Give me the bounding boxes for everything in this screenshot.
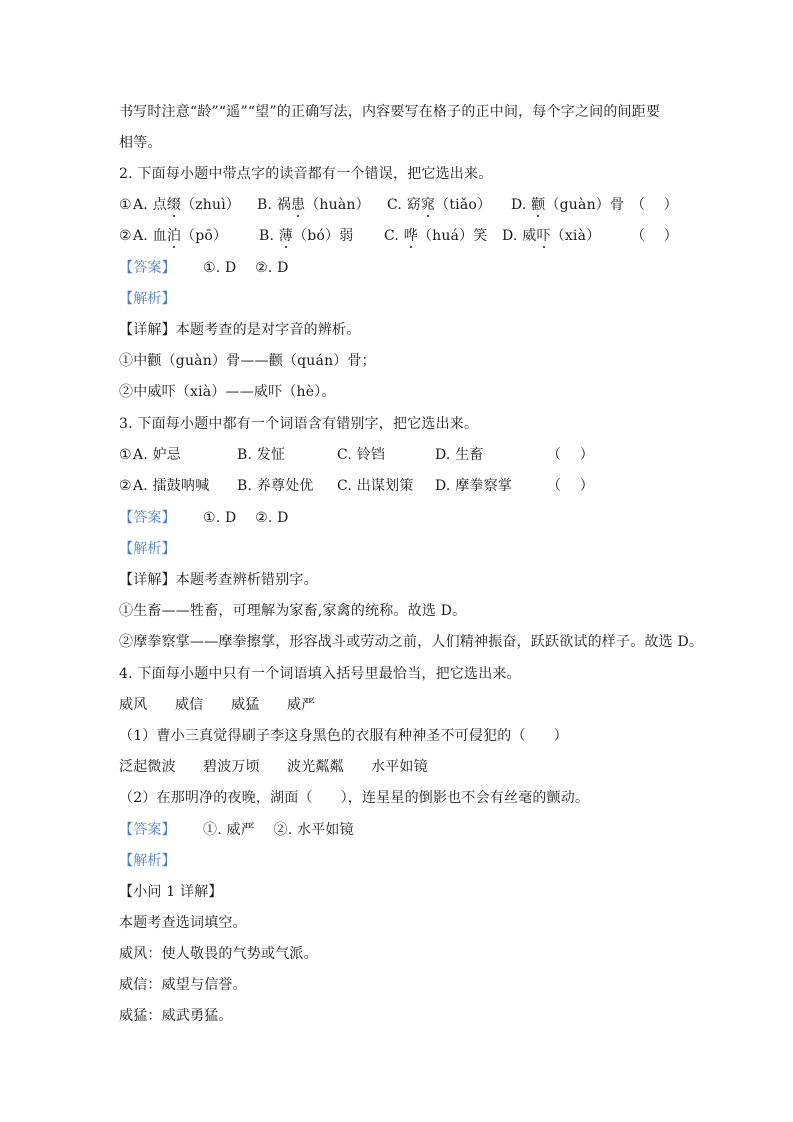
word-choice: 威信 [175,697,203,713]
document-page: 书写时注意“龄”“遥”“望”的正确写法，内容要写在格子的正中间，每个字之间的间距… [0,0,793,1122]
word-choice: 波光粼粼 [287,759,344,775]
dot-marked-char: 哗 [404,228,418,244]
q2-title: 2. 下面每小题中带点字的读音都有一个错误，把它选出来。 [119,166,492,182]
q4-sentence-2: （2）在那明净的夜晚，湖面（ ），连星星的倒影也不会有丝毫的颤动。 [119,790,589,806]
q4-word-choices-2: 泛起微波 碧波万顷 波光粼粼 水平如镜 [119,759,519,777]
q3-title: 3. 下面每小题中都有一个词语含有错别字，把它选出来。 [119,416,478,432]
q3-answer: 【答案】 ①. D ②. D [119,510,419,528]
analysis-label: 【解析】 [119,541,176,557]
dot-marked-char: 泊 [167,228,181,244]
q2-row2-num: ② [119,228,132,244]
answer-value: ①. D ②. D [203,510,289,526]
q3-row2-answer-blank: （ ） [547,478,594,494]
q3-row2-num: ② [119,478,132,494]
word-choice: 威风 [119,697,147,713]
q2-row1-num: ① [119,197,132,213]
word-choice: 泛起微波 [119,759,176,775]
q2-row1-option-d: D. 颧（guàn）骨 [511,197,624,213]
intro-line-2: 相等。 [119,135,162,151]
q3-row1-answer-blank: （ ） [547,447,594,463]
dot-marked-char: 薄 [279,228,293,244]
q2-row-1: ① A. 点缀（zhuì） B. 祸患（huàn） C. 窈窕（tiǎo） D.… [119,197,699,215]
q2-row2-option-c: C. 哗（huá）笑 [384,228,488,244]
q2-row1-option-a: A. 点缀（zhuì） [133,197,240,213]
q4-sub-intro: 本题考查选词填空。 [119,915,247,931]
word-choice: 威猛 [231,697,259,713]
q3-row2-option-b: B. 养尊处优 [237,478,314,494]
word-choice: 水平如镜 [371,759,428,775]
q3-row1-option-a: A. 妒忌 [133,447,181,463]
q3-row-2: ② A. 擂鼓呐喊 B. 养尊处优 C. 出谋划策 D. 摩拳察掌 （ ） [119,478,699,496]
q2-row1-answer-blank: （ ） [631,197,678,213]
dot-marked-char: 吓 [536,228,550,244]
answer-value: ①. D ②. D [203,260,289,276]
q3-row-1: ① A. 妒忌 B. 发怔 C. 铃铛 D. 生畜 （ ） [119,447,699,465]
q4-sub-label: 【小问 1 详解】 [119,884,223,900]
q4-word-choices-1: 威风 威信 威猛 威严 [119,697,519,715]
q2-answer: 【答案】 ①. D ②. D [119,260,419,278]
word-choice: 威严 [287,697,315,713]
dot-marked-char: 缀 [167,197,181,213]
q4-def-2: 威信：威望与信誉。 [119,977,247,993]
q2-explain-2: ②中威吓（xià）——威吓（hè）。 [119,384,336,400]
q3-row2-option-c: C. 出谋划策 [337,478,414,494]
q2-row2-option-b: B. 薄（bó）弱 [259,228,353,244]
answer-label: 【答案】 [119,260,176,276]
q2-row2-option-a: A. 血泊（pō） [133,228,227,244]
q4-sentence-1: （1）曹小三真觉得刷子李这身黑色的衣服有种神圣不可侵犯的（ ） [119,728,568,744]
q3-explain-2: ②摩拳察掌——摩拳擦掌，形容战斗或劳动之前，人们精神振奋，跃跃欲试的样子。故选 … [119,634,703,650]
q3-explain-1: ①生畜——牲畜，可理解为家畜,家禽的统称。故选 D。 [119,603,466,619]
q2-row2-option-d: D. 威吓（xià） [502,228,600,244]
q4-def-3: 威猛：威武勇猛。 [119,1008,233,1024]
q2-detail: 【详解】本题考查的是对字音的辨析。 [119,322,360,338]
q3-row1-option-b: B. 发怔 [237,447,285,463]
q2-row1-option-c: C. 窈窕（tiǎo） [387,197,491,213]
q3-detail: 【详解】本题考查辨析错别字。 [119,572,318,588]
intro-line-1: 书写时注意“龄”“遥”“望”的正确写法，内容要写在格子的正中间，每个字之间的间距… [119,104,660,120]
dot-marked-char: 窕 [421,197,435,213]
q2-row-2: ② A. 血泊（pō） B. 薄（bó）弱 C. 哗（huá）笑 D. 威吓（x… [119,228,699,246]
dot-marked-char: 颧 [531,197,545,213]
q3-row2-option-d: D. 摩拳察掌 [435,478,512,494]
dot-marked-char: 患 [291,197,305,213]
q4-title: 4. 下面每小题中只有一个词语填入括号里最恰当，把它选出来。 [119,666,521,682]
q4-answer: 【答案】 ①. 威严 ②. 水平如镜 [119,822,419,840]
q2-explain-1: ①中颧（guàn）骨——颧（quán）骨； [119,353,376,369]
q4-def-1: 威风：使人敬畏的气势或气派。 [119,946,318,962]
word-choice: 碧波万顷 [203,759,260,775]
q3-row1-option-d: D. 生畜 [435,447,484,463]
analysis-label: 【解析】 [119,291,176,307]
q3-row2-option-a: A. 擂鼓呐喊 [133,478,209,494]
answer-value: ①. 威严 ②. 水平如镜 [203,822,354,838]
q2-row2-answer-blank: （ ） [631,228,678,244]
answer-label: 【答案】 [119,510,176,526]
q2-row1-option-b: B. 祸患（huàn） [257,197,370,213]
analysis-label: 【解析】 [119,853,176,869]
q3-row1-num: ① [119,447,132,463]
answer-label: 【答案】 [119,822,176,838]
q3-row1-option-c: C. 铃铛 [337,447,385,463]
